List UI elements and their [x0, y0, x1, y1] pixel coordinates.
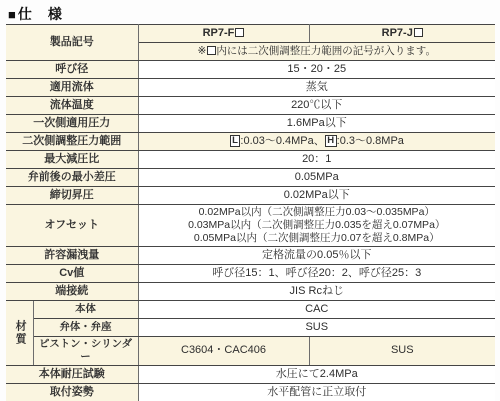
model-f-text: RP7-F — [203, 27, 235, 39]
material-valve-value: SUS — [138, 319, 495, 337]
black-square-icon: ■ — [8, 7, 17, 22]
material-body-label: 本体 — [33, 301, 138, 319]
secondary-range-label: 二次側調整圧力範囲 — [6, 133, 138, 151]
row-pressure-test: 本体耐圧試験 水圧にて2.4MPa — [6, 366, 495, 384]
note-placeholder-box-icon — [207, 46, 216, 55]
fluid-value: 蒸気 — [138, 79, 495, 97]
row-min-diff-pressure: 弁前後の最小差圧 0.05MPa — [6, 169, 495, 187]
min-diff-pressure-value: 0.05MPa — [138, 169, 495, 187]
fluid-temp-value: 220℃以下 — [138, 97, 495, 115]
row-shutoff-rise: 締切昇圧 0.02MPa以下 — [6, 187, 495, 205]
row-material-body: 材質 本体 CAC — [6, 301, 495, 319]
fluid-label: 適用流体 — [6, 79, 138, 97]
key-l-box-icon: L — [230, 135, 241, 147]
pressure-test-value: 水圧にて2.4MPa — [138, 366, 495, 384]
material-piston-value-j: SUS — [309, 337, 495, 366]
cv-value: 呼び径15：1、呼び径20：2、呼び径25：3 — [138, 265, 495, 283]
row-nominal-size: 呼び径 15・20・25 — [6, 61, 495, 79]
model-j-cell: RP7-J — [309, 25, 495, 43]
secondary-range-value: L:0.03～0.4MPa、H:0.3～0.8MPa — [138, 133, 495, 151]
code-placeholder-box-icon — [414, 28, 423, 37]
connection-label: 端接続 — [6, 283, 138, 301]
row-material-valve: 弁体・弁座 SUS — [6, 319, 495, 337]
material-group-label: 材質 — [6, 301, 33, 366]
row-connection: 端接続 JIS Rcねじ — [6, 283, 495, 301]
product-code-label: 製品記号 — [6, 25, 138, 61]
reduction-ratio-label: 最大減圧比 — [6, 151, 138, 169]
offset-line-1: 0.02MPa以内（二次側調整圧力0.03～0.035MPa） — [141, 206, 494, 219]
material-body-value: CAC — [138, 301, 495, 319]
reduction-ratio-value: 20：1 — [138, 151, 495, 169]
primary-pressure-label: 一次側適用圧力 — [6, 115, 138, 133]
offset-value: 0.02MPa以内（二次側調整圧力0.03～0.035MPa） 0.03MPa以… — [138, 205, 495, 247]
pressure-test-label: 本体耐圧試験 — [6, 366, 138, 384]
row-product-code: 製品記号 RP7-F RP7-J — [6, 25, 495, 43]
spec-table: 製品記号 RP7-F RP7-J ※内には二次側調整圧力範囲の記号が入ります。 … — [6, 24, 495, 401]
cv-label: Cv値 — [6, 265, 138, 283]
nominal-size-value: 15・20・25 — [138, 61, 495, 79]
row-material-piston: ピストン・シリンダー C3604・CAC406 SUS — [6, 337, 495, 366]
offset-label: オフセット — [6, 205, 138, 247]
material-valve-label: 弁体・弁座 — [33, 319, 138, 337]
section-title: ■仕 様 — [6, 3, 495, 24]
primary-pressure-value: 1.6MPa以下 — [138, 115, 495, 133]
shutoff-rise-value: 0.02MPa以下 — [138, 187, 495, 205]
leakage-value: 定格流量の0.05％以下 — [138, 247, 495, 265]
product-note-cell: ※内には二次側調整圧力範囲の記号が入ります。 — [138, 43, 495, 61]
row-mounting: 取付姿勢 水平配管に正立取付 — [6, 384, 495, 401]
note-mark: ※ — [198, 45, 207, 57]
range-l-text: :0.03～0.4MPa、 — [240, 135, 324, 147]
mounting-value: 水平配管に正立取付 — [138, 384, 495, 401]
connection-value: JIS Rcねじ — [138, 283, 495, 301]
note-text: 内には二次側調整圧力範囲の記号が入ります。 — [216, 45, 436, 57]
model-f-cell: RP7-F — [138, 25, 309, 43]
leakage-label: 許容漏洩量 — [6, 247, 138, 265]
offset-line-2: 0.03MPa以内（二次側調整圧力0.035を超え0.07MPa） — [141, 219, 494, 232]
mounting-label: 取付姿勢 — [6, 384, 138, 401]
row-reduction-ratio: 最大減圧比 20：1 — [6, 151, 495, 169]
row-leakage: 許容漏洩量 定格流量の0.05％以下 — [6, 247, 495, 265]
min-diff-pressure-label: 弁前後の最小差圧 — [6, 169, 138, 187]
shutoff-rise-label: 締切昇圧 — [6, 187, 138, 205]
offset-line-3: 0.05MPa以内（二次側調整圧力0.07を超え0.8MPa） — [141, 232, 494, 245]
material-piston-label: ピストン・シリンダー — [33, 337, 138, 366]
nominal-size-label: 呼び径 — [6, 61, 138, 79]
row-primary-pressure: 一次側適用圧力 1.6MPa以下 — [6, 115, 495, 133]
key-h-box-icon: H — [325, 135, 337, 147]
row-offset: オフセット 0.02MPa以内（二次側調整圧力0.03～0.035MPa） 0.… — [6, 205, 495, 247]
fluid-temp-label: 流体温度 — [6, 97, 138, 115]
row-secondary-range: 二次側調整圧力範囲 L:0.03～0.4MPa、H:0.3～0.8MPa — [6, 133, 495, 151]
row-fluid-temp: 流体温度 220℃以下 — [6, 97, 495, 115]
model-j-text: RP7-J — [382, 27, 413, 39]
section-title-text: 仕 様 — [18, 6, 63, 22]
material-piston-value-f: C3604・CAC406 — [138, 337, 309, 366]
code-placeholder-box-icon — [235, 28, 244, 37]
row-cv: Cv値 呼び径15：1、呼び径20：2、呼び径25：3 — [6, 265, 495, 283]
range-h-text: :0.3～0.8MPa — [337, 135, 404, 147]
row-fluid: 適用流体 蒸気 — [6, 79, 495, 97]
spec-page: ■仕 様 製品記号 RP7-F RP7-J ※内には二次側調整圧力範囲の記号が入… — [0, 0, 500, 401]
